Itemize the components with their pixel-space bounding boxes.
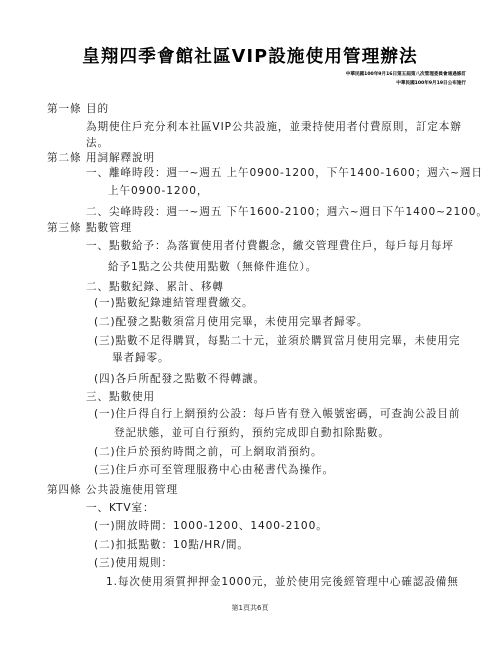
article-number: 第四條 bbox=[47, 483, 86, 497]
article-title: 用詞解釋說明 bbox=[86, 152, 155, 164]
article-2-line: 二、尖峰時段：週一~週五 下午1600-2100；週六~週日下午1400~210… bbox=[86, 205, 488, 219]
article-4-line: 1.每次使用須質押押金1000元，並於使用完後經管理中心確認設備無 bbox=[106, 575, 459, 589]
article-title: 公共設施使用管理 bbox=[86, 484, 178, 496]
article-4-line: (二)扣抵點數：10點/HR/間。 bbox=[94, 538, 249, 552]
article-3-line: (三)點數不足得購買，每點二十元，並須於購買當月使用完畢，未使用完 bbox=[94, 334, 460, 348]
article-1-line: 法。 bbox=[86, 136, 109, 150]
promulgation-note: 中華民國100年9月19日公布施行 bbox=[396, 81, 466, 87]
page-number: 第1頁共6頁 bbox=[0, 603, 500, 613]
article-3-line: 三、點數使用 bbox=[86, 390, 155, 404]
article-3-heading: 第三條點數管理 bbox=[47, 221, 132, 235]
article-3-line: (四)各戶所配發之點數不得轉讓。 bbox=[94, 372, 265, 386]
article-4-heading: 第四條公共設施使用管理 bbox=[47, 483, 178, 497]
article-3-line: 畢者歸零。 bbox=[112, 351, 169, 365]
article-2-line: 一、離峰時段：週一~週五 上午0900-1200，下午1400-1600；週六~… bbox=[86, 166, 483, 180]
article-3-line: (二)配發之點數須當月使用完畢，未使用完畢者歸零。 bbox=[94, 315, 368, 329]
article-3-line: 二、點數紀錄、累計、移轉 bbox=[86, 280, 224, 294]
document-page: 皇翔四季會館社區VIP設施使用管理辦法 中華民國100年9月16日第五屆第八次管… bbox=[0, 0, 500, 647]
article-title: 目的 bbox=[86, 103, 109, 115]
article-3-line: (一)住戶得自行上網預約公設：每戶皆有登入帳號密碼，可查詢公設目前 bbox=[94, 407, 460, 421]
article-4-line: (一)開放時間：1000-1200、1400-2100。 bbox=[94, 519, 328, 533]
revision-note: 中華民國100年9月16日第五屆第八次管理委員會通過修訂 bbox=[346, 72, 466, 78]
article-number: 第二條 bbox=[47, 151, 86, 165]
article-3-line: (二)住戶於預約時間之前，可上網取消預約。 bbox=[94, 445, 322, 459]
article-4-line: 一、KTV室： bbox=[86, 501, 155, 515]
article-number: 第一條 bbox=[47, 102, 86, 116]
article-2-line: 上午0900-1200， bbox=[108, 184, 208, 198]
article-1-line: 為期使住戶充分利本社區VIP公共設施，並秉持使用者付費原則，訂定本辦 bbox=[86, 120, 462, 134]
article-4-line: (三)使用規則： bbox=[94, 556, 173, 570]
article-3-line: (三)住戶亦可至管理服務中心由秘書代為操作。 bbox=[94, 463, 334, 477]
article-title: 點數管理 bbox=[86, 222, 132, 234]
article-number: 第三條 bbox=[47, 221, 86, 235]
article-2-heading: 第二條用詞解釋說明 bbox=[47, 151, 155, 165]
article-3-line: (一)點數紀錄連結管理費繳交。 bbox=[94, 296, 253, 310]
article-3-line: 登記狀態，並可自行預約，預約完成即自動扣除點數。 bbox=[114, 426, 390, 440]
article-3-line: 給予1點之公共使用點數（無條件進位）。 bbox=[108, 260, 317, 274]
article-3-line: 一、點數給予：為落實使用者付費觀念，繳交管理費住戶，每戶每月每坪 bbox=[86, 239, 454, 253]
document-title: 皇翔四季會館社區VIP設施使用管理辦法 bbox=[0, 45, 500, 69]
article-1-heading: 第一條目的 bbox=[47, 102, 109, 116]
